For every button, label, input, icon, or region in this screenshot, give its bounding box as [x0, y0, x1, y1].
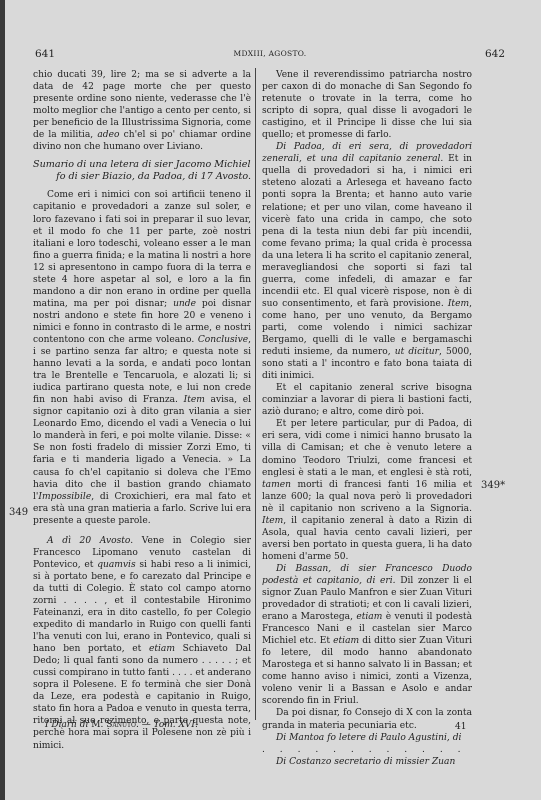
section-heading: Sumario di una letera di sier Jacomo Mic…: [33, 159, 251, 183]
paragraph: Di Costanzo secretario di missier Zuan: [262, 756, 472, 768]
paragraph: Di Mantoa fo letere di Paulo Agustini, d…: [262, 732, 472, 744]
running-title: MDXIII, AGOSTO.: [35, 49, 505, 58]
paragraph: chio ducati 39, lire 2; ma se si adverte…: [33, 69, 251, 153]
footer-citation: I Diarii di M. Sanuto. — Tom. XVI.: [45, 720, 198, 730]
margin-folio-number: 349: [9, 507, 28, 518]
left-column: chio ducati 39, lire 2; ma se si adverte…: [33, 69, 251, 752]
paragraph: Et per letere particular, pur di Padoa, …: [262, 418, 472, 563]
paragraph: Vene il reverendissimo patriarcha nostro…: [262, 69, 472, 141]
column-divider: [255, 68, 256, 720]
page-number-right: 642: [485, 48, 505, 60]
ellipsis-dots: . . . . . . . . . . . . . . . . . . .: [262, 744, 472, 756]
paragraph: Et el capitanio zeneral scrive bisogna c…: [262, 382, 472, 418]
margin-folio-number: 349*: [481, 480, 505, 491]
paragraph: Di Padoa, di eri sera, di provedadori ze…: [262, 141, 472, 382]
paragraph: Come eri i nimici con soi artificii tene…: [33, 189, 251, 526]
paragraph: Da poi disnar, fo Consejo di X con la zo…: [262, 707, 472, 731]
paragraph: Di Bassan, di sier Francesco Duodo podes…: [262, 563, 472, 708]
book-page: 641 MDXIII, AGOSTO. 642 chio ducati 39, …: [5, 0, 541, 800]
signature-mark: 41: [455, 722, 466, 732]
running-header: 641 MDXIII, AGOSTO. 642: [35, 48, 505, 62]
right-column: Vene il reverendissimo patriarcha nostro…: [262, 69, 472, 768]
